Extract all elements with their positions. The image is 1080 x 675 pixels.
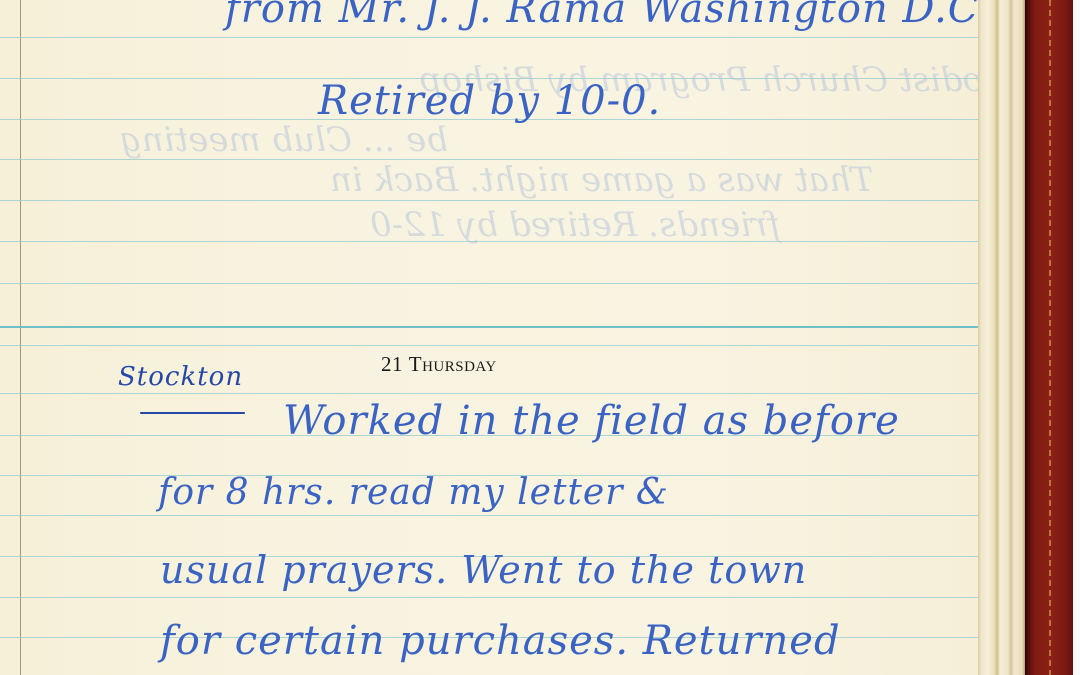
ruled-line [0,393,980,394]
previous-entry-line: Retired by 10-0. [318,78,661,124]
entry-line: for certain purchases. Returned [160,618,841,664]
ruled-line [0,515,980,516]
previous-entry-line: from Mr. J. J. Rama Washington D.C. [225,0,992,32]
entry-line: Worked in the field as before [283,398,900,444]
location-underline [140,412,245,414]
location-note: Stockton [118,362,243,392]
margin-line [20,0,21,675]
diary-page: Methodist Church Program by Bishop be ..… [0,0,980,675]
date-number: 21 [381,352,403,376]
bleed-through-text: be ... Club meeting [120,120,448,160]
ruled-line [0,283,980,284]
entry-line: usual prayers. Went to the town [160,548,807,592]
background [1073,0,1080,675]
bleed-through-text: friends. Retired by 12-0 [370,205,780,245]
ruled-line [0,345,980,346]
day-name: Thursday [409,352,497,376]
entry-line: for 8 hrs. read my letter & [158,472,669,513]
cover-stitching [1049,0,1051,675]
date-heading: 21 Thursday [381,352,497,377]
ruled-line [0,597,980,598]
bleed-through-text: That was a game night. Back in [330,160,873,200]
ruled-line [0,200,980,201]
page-stack-edges [978,0,1026,675]
day-divider-line [0,326,980,328]
ruled-line [0,37,980,38]
